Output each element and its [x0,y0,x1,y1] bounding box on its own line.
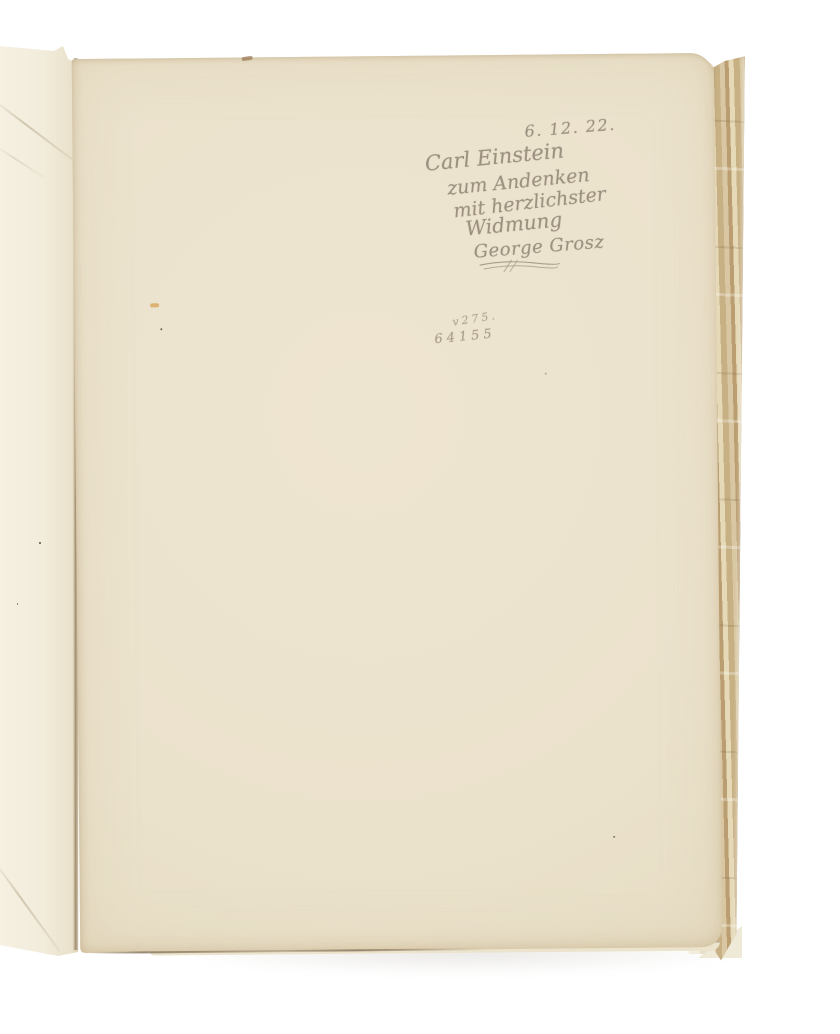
signature-underline-flourish [478,258,562,273]
inventory-mark: 64155 [434,326,497,347]
inscription-date: 6. 12. 22. [524,115,617,141]
paper-speck [160,328,162,330]
fold-crease-top [0,98,76,162]
paper-fleck [150,303,159,307]
book-photo: 6. 12. 22. Carl Einstein zum Andenken mi… [0,0,840,1034]
book-page: 6. 12. 22. Carl Einstein zum Andenken mi… [72,53,723,953]
fold-crease-mid [0,144,45,178]
fold-crease-bottom [0,860,61,952]
page-edge-nick [241,56,252,62]
paper-speck [39,542,41,544]
inventory-mark: v275. [452,309,499,329]
paper-speck [17,603,18,605]
paper-speck [545,373,547,375]
paper-speck [613,836,615,838]
left-endpaper [0,40,78,956]
